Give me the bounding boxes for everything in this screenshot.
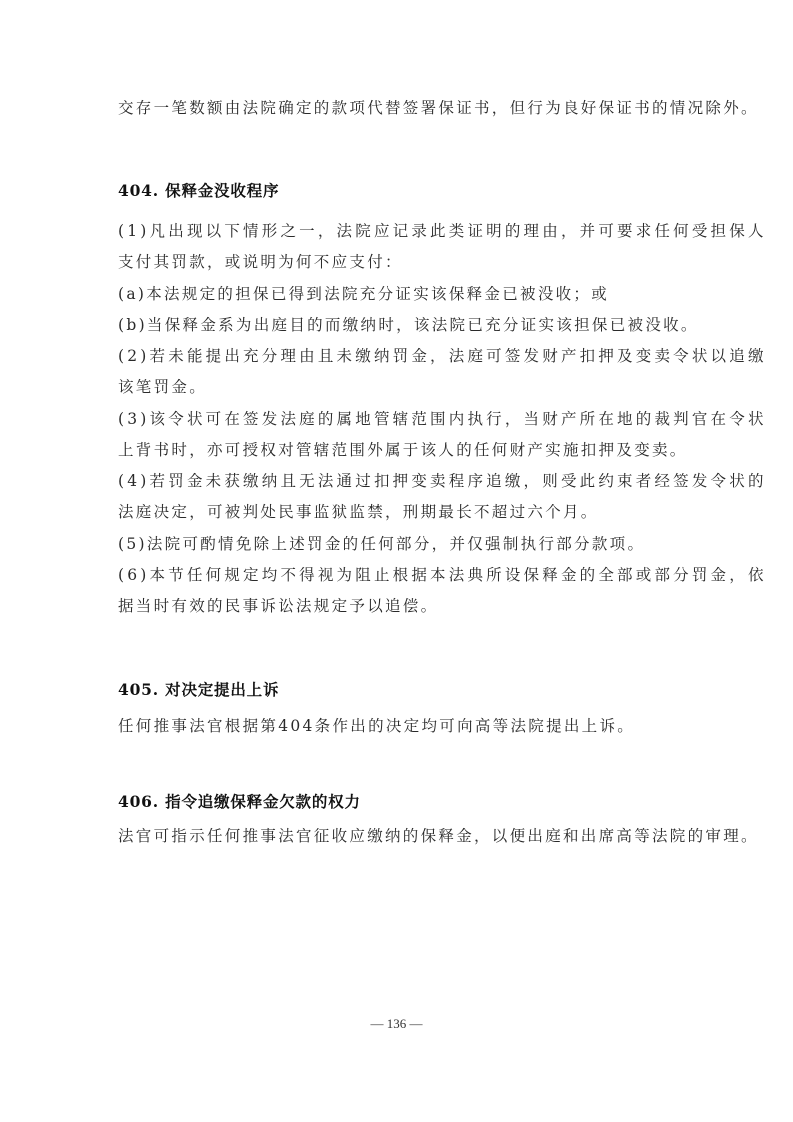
- section-405-line-1: 任何推事法官根据第404条作出的决定均可向高等法院提出上诉。: [118, 716, 635, 736]
- section-404-line-9: (4)若罚金未获缴纳且无法通过扣押变卖程序追缴，则受此约束者经签发令状的: [118, 471, 767, 491]
- section-404-line-3: (a)本法规定的担保已得到法院充分证实该保释金已被没收；或: [118, 284, 609, 304]
- section-405-heading: 405. 对决定提出上诉: [118, 680, 279, 700]
- section-404-line-4: (b)当保释金系为出庭目的而缴纳时，该法院已充分证实该担保已被没收。: [118, 315, 699, 335]
- section-404-heading: 404. 保释金没收程序: [118, 181, 279, 201]
- section-404-line-8: 上背书时，亦可授权对管辖范围外属于该人的任何财产实施扣押及变卖。: [118, 440, 688, 460]
- section-404-line-5: (2)若未能提出充分理由且未缴纳罚金，法庭可签发财产扣押及变卖令状以追缴: [118, 346, 767, 366]
- section-404-line-13: 据当时有效的民事诉讼法规定予以追偿。: [118, 596, 438, 616]
- continuation-text: 交存一笔数额由法院确定的款项代替签署保证书，但行为良好保证书的情况除外。: [118, 98, 759, 118]
- section-404-line-6: 该笔罚金。: [118, 377, 207, 397]
- section-404-line-10: 法庭决定，可被判处民事监狱监禁，刑期最长不超过六个月。: [118, 502, 599, 522]
- section-404-line-7: (3)该令状可在签发法庭的属地管辖范围内执行，当财产所在地的裁判官在令状: [118, 409, 767, 429]
- page-number: — 136 —: [0, 1016, 793, 1032]
- section-406-line-1: 法官可指示任何推事法官征收应缴纳的保释金，以便出庭和出席高等法院的审理。: [118, 826, 759, 846]
- section-404-line-12: (6)本节任何规定均不得视为阻止根据本法典所设保释金的全部或部分罚金，依: [118, 565, 767, 585]
- section-404-line-11: (5)法院可酌情免除上述罚金的任何部分，并仅强制执行部分款项。: [118, 534, 645, 554]
- section-404-line-2: 支付其罚款，或说明为何不应支付：: [118, 252, 403, 272]
- section-406-heading: 406. 指令追缴保释金欠款的权力: [118, 792, 361, 812]
- section-404-line-1: (1)凡出现以下情形之一，法院应记录此类证明的理由，并可要求任何受担保人: [118, 221, 767, 241]
